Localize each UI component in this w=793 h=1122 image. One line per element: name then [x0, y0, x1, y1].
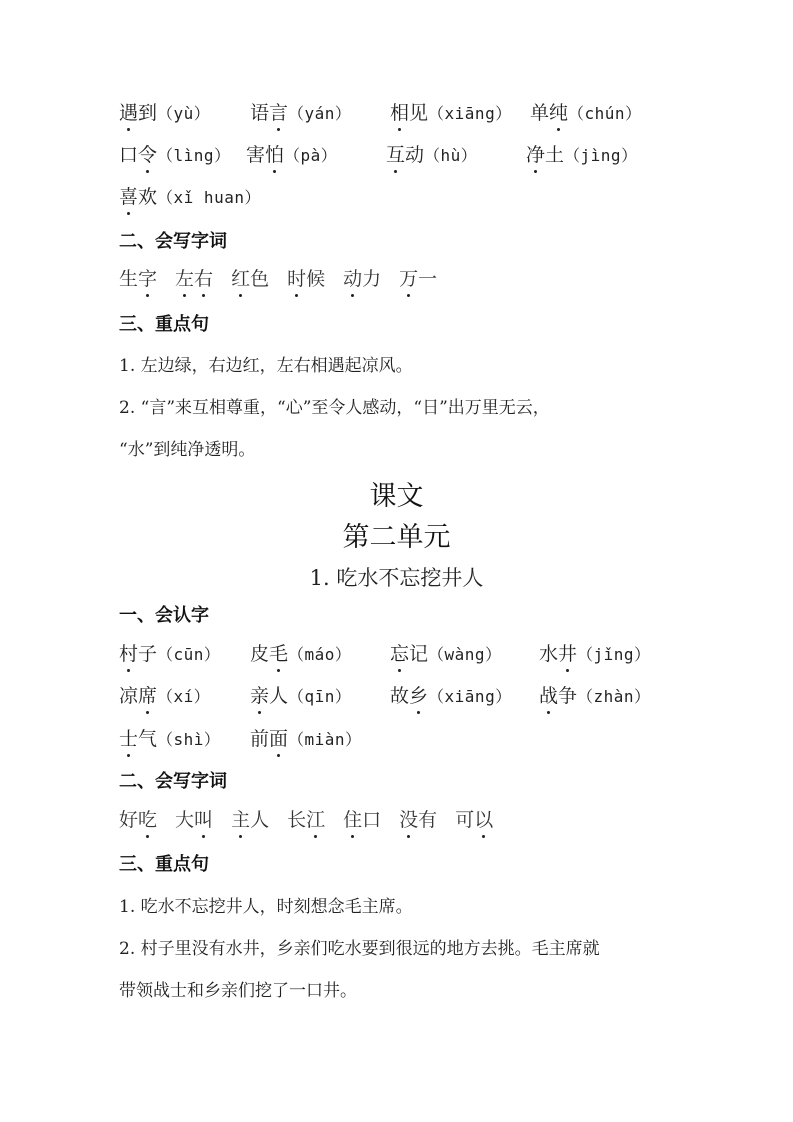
recognize-item: 亲人（qīn） — [250, 681, 351, 711]
write-word: 动力 — [343, 268, 381, 290]
recognize-item: 喜欢（xǐ huan） — [119, 182, 261, 212]
write-word: 好吃 — [119, 809, 157, 831]
pinyin: （qīn） — [288, 687, 351, 706]
character: 记 — [409, 643, 428, 665]
character: 气 — [138, 728, 157, 750]
recognize-item: 净土（jìng） — [526, 140, 638, 170]
recognize-item: 单纯（chún） — [530, 98, 642, 128]
character: 害 — [246, 144, 265, 166]
recognize-item: 害怕（pà） — [246, 140, 337, 170]
recognize-item: 相见（xiāng） — [390, 98, 512, 128]
target-character: 村 — [119, 639, 138, 669]
character: 水 — [539, 643, 558, 665]
recognize-item: 凉席（xí） — [119, 681, 210, 711]
target-character: 面 — [269, 724, 288, 754]
character: 色 — [250, 268, 269, 290]
key-sentence: 2. 村子里没有水井，乡亲们吃水要到很远的地方去挑。毛主席就 — [119, 936, 600, 962]
section-heading-write-words: 二、会写字词 — [119, 769, 227, 795]
character: 口 — [362, 809, 381, 831]
target-character: 以 — [474, 805, 493, 835]
target-character: 没 — [399, 805, 418, 835]
target-character: 井 — [558, 639, 577, 669]
pinyin: （xiāng） — [428, 687, 512, 706]
character: 可 — [455, 809, 474, 831]
write-word: 没有 — [399, 809, 437, 831]
character: 欢 — [138, 186, 157, 208]
pinyin: （zhàn） — [577, 687, 651, 706]
recognize-item: 前面（miàn） — [250, 724, 362, 754]
character: 力 — [362, 268, 381, 290]
target-character: 左 — [175, 264, 194, 294]
target-character: 右 — [194, 264, 213, 294]
target-character: 毛 — [269, 639, 288, 669]
target-character: 吃 — [138, 805, 157, 835]
character: 土 — [545, 144, 564, 166]
recognize-item: 村子（cūn） — [119, 639, 220, 669]
write-word: 时候 — [287, 268, 325, 290]
write-word: 住口 — [343, 809, 381, 831]
target-character: 士 — [119, 724, 138, 754]
section-title: 课文 — [0, 474, 793, 513]
character: 子 — [138, 643, 157, 665]
target-character: 字 — [138, 264, 157, 294]
lesson-title: 1. 吃水不忘挖井人 — [0, 562, 793, 592]
character: 生 — [119, 268, 138, 290]
recognize-item: 水井（jǐng） — [539, 639, 651, 669]
character: 单 — [530, 102, 549, 124]
character: 大 — [175, 809, 194, 831]
recognize-item: 忘记（wàng） — [390, 639, 502, 669]
write-word: 长江 — [287, 809, 325, 831]
target-character: 净 — [526, 140, 545, 170]
recognize-item: 口令（lìng） — [119, 140, 231, 170]
section-heading-recognize: 一、会认字 — [119, 603, 209, 629]
recognize-item: 故乡（xiāng） — [390, 681, 512, 711]
target-character: 喜 — [119, 182, 138, 212]
character: 人 — [250, 809, 269, 831]
target-character: 互 — [386, 140, 405, 170]
pinyin: （yù） — [157, 104, 210, 123]
target-character: 怕 — [265, 140, 284, 170]
character: 语 — [250, 102, 269, 124]
pinyin: （jǐng） — [577, 645, 651, 664]
character: 有 — [418, 809, 437, 831]
pinyin: （jìng） — [564, 146, 638, 165]
write-word: 主人 — [231, 809, 269, 831]
pinyin: （hù） — [424, 146, 477, 165]
pinyin: （chún） — [568, 104, 642, 123]
write-words-list-part1: 生字左右红色时候动力万一 — [119, 264, 455, 294]
document-page: 遇到（yù）语言（yán）相见（xiāng）单纯（chún）口令（lìng）害怕… — [0, 0, 793, 1122]
target-character: 席 — [138, 681, 157, 711]
write-word: 生字 — [119, 268, 157, 290]
character: 皮 — [250, 643, 269, 665]
target-character: 纯 — [549, 98, 568, 128]
character: 到 — [138, 102, 157, 124]
pinyin: （cūn） — [157, 645, 220, 664]
pinyin: （shì） — [157, 730, 220, 749]
pinyin: （xí） — [157, 687, 210, 706]
write-word: 左右 — [175, 268, 213, 290]
character: 见 — [409, 102, 428, 124]
pinyin: （xiāng） — [428, 104, 512, 123]
target-character: 忘 — [390, 639, 409, 669]
target-character: 言 — [269, 98, 288, 128]
write-word: 万一 — [399, 268, 437, 290]
write-word: 红色 — [231, 268, 269, 290]
character: 候 — [306, 268, 325, 290]
section-heading-key-sentences: 三、重点句 — [119, 852, 209, 878]
key-sentence-continued: 带领战士和乡亲们挖了一口井。 — [119, 978, 357, 1004]
key-sentence-continued: “水”到纯净透明。 — [119, 437, 255, 463]
character: 凉 — [119, 685, 138, 707]
pinyin: （xǐ huan） — [157, 188, 261, 207]
key-sentence: 1. 吃水不忘挖井人，时刻想念毛主席。 — [119, 894, 413, 920]
recognize-item: 语言（yán） — [250, 98, 351, 128]
pinyin: （pà） — [284, 146, 337, 165]
target-character: 红 — [231, 264, 250, 294]
target-character: 万 — [399, 264, 418, 294]
target-character: 亲 — [250, 681, 269, 711]
pinyin: （wàng） — [428, 645, 502, 664]
target-character: 叫 — [194, 805, 213, 835]
target-character: 时 — [287, 264, 306, 294]
character: 人 — [269, 685, 288, 707]
section-heading-key-sentences: 三、重点句 — [119, 312, 209, 338]
target-character: 主 — [231, 805, 250, 835]
target-character: 相 — [390, 98, 409, 128]
target-character: 乡 — [409, 681, 428, 711]
character: 一 — [418, 268, 437, 290]
write-word: 可以 — [455, 809, 493, 831]
write-words-list-part2: 好吃大叫主人长江住口没有可以 — [119, 805, 511, 835]
character: 口 — [119, 144, 138, 166]
pinyin: （lìng） — [157, 146, 231, 165]
key-sentence: 1. 左边绿，右边红，左右相遇起凉风。 — [119, 353, 413, 379]
character: 争 — [558, 685, 577, 707]
character: 故 — [390, 685, 409, 707]
key-sentence: 2. “言”来互相尊重，“心”至令人感动，“日”出万里无云， — [119, 395, 550, 421]
recognize-item: 战争（zhàn） — [539, 681, 651, 711]
character: 好 — [119, 809, 138, 831]
section-heading-write-words: 二、会写字词 — [119, 229, 227, 255]
target-character: 战 — [539, 681, 558, 711]
target-character: 令 — [138, 140, 157, 170]
character: 长 — [287, 809, 306, 831]
recognize-item: 互动（hù） — [386, 140, 477, 170]
recognize-item: 遇到（yù） — [119, 98, 210, 128]
character: 动 — [405, 144, 424, 166]
write-word: 大叫 — [175, 809, 213, 831]
target-character: 住 — [343, 805, 362, 835]
pinyin: （miàn） — [288, 730, 362, 749]
target-character: 动 — [343, 264, 362, 294]
recognize-item: 皮毛（máo） — [250, 639, 351, 669]
pinyin: （máo） — [288, 645, 351, 664]
unit-title: 第二单元 — [0, 515, 793, 554]
target-character: 江 — [306, 805, 325, 835]
recognize-item: 士气（shì） — [119, 724, 220, 754]
pinyin: （yán） — [288, 104, 351, 123]
target-character: 遇 — [119, 98, 138, 128]
character: 前 — [250, 728, 269, 750]
